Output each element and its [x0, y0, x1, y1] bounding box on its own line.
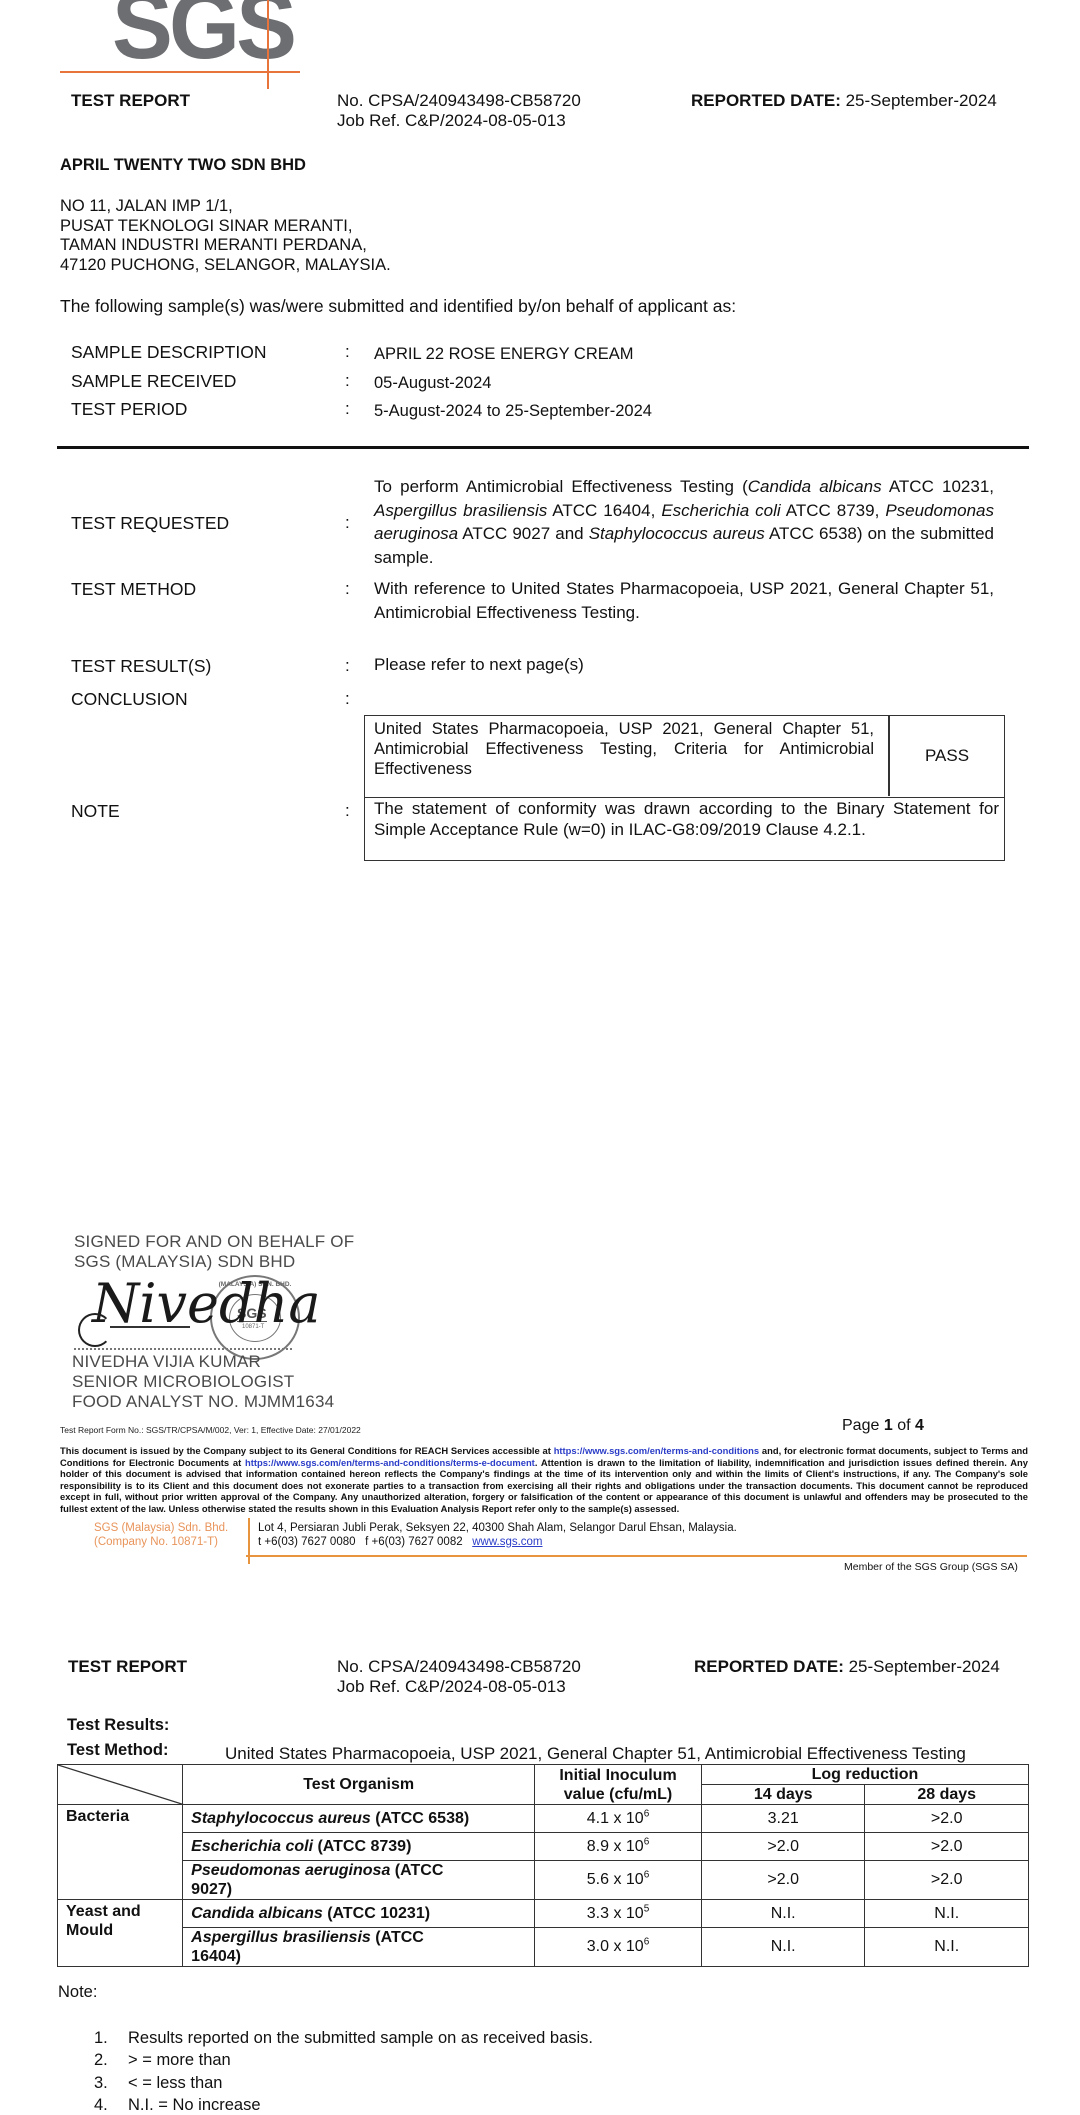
inoculum-cell: 3.3 x 105 [535, 1900, 702, 1928]
test-period-label: TEST PERIOD [71, 399, 187, 420]
sample-received-value: 05-August-2024 [374, 374, 491, 393]
log-14-cell: 3.21 [701, 1805, 865, 1833]
report-title: TEST REPORT [71, 91, 190, 111]
col-log-reduction: Log reduction [701, 1765, 1028, 1785]
signature-loop [78, 1313, 112, 1347]
log-14-cell: >2.0 [701, 1833, 865, 1861]
note-box: The statement of conformity was drawn ac… [364, 797, 1005, 861]
conclusion-criteria: United States Pharmacopoeia, USP 2021, G… [374, 719, 874, 779]
table-row: Escherichia coli (ATCC 8739) 8.9 x 106 >… [58, 1833, 1029, 1861]
species-name: Aspergillus brasiliensis [191, 1929, 371, 1946]
intro-text: The following sample(s) was/were submitt… [60, 296, 736, 317]
inoculum-exponent: 6 [644, 1870, 650, 1881]
conclusion-result: PASS [889, 746, 1005, 766]
page-of: of [897, 1417, 910, 1434]
inoculum-base: 5.6 x 10 [587, 1871, 644, 1888]
page-number: Page 1 of 4 [842, 1417, 924, 1435]
log-14-cell: >2.0 [701, 1861, 865, 1900]
atcc-code: (ATCC 8739) [313, 1838, 411, 1855]
col-initial-inoculum: Initial Inoculum value (cfu/mL) [535, 1765, 702, 1805]
organism-cell: Aspergillus brasiliensis (ATCC 16404) [183, 1928, 535, 1967]
test-method-label: Test Method: [67, 1741, 168, 1760]
species-name: Staphylococcus aureus [589, 524, 765, 543]
atcc-code: (ATCC 6538) [371, 1810, 469, 1827]
log-28-cell: >2.0 [865, 1805, 1029, 1833]
table-row: Aspergillus brasiliensis (ATCC 16404) 3.… [58, 1928, 1029, 1967]
log-14-cell: N.I. [701, 1928, 865, 1967]
signatory-block: NIVEDHA VIJIA KUMAR SENIOR MICROBIOLOGIS… [72, 1352, 334, 1412]
sample-received-label: SAMPLE RECEIVED [71, 371, 236, 392]
species-name: Aspergillus brasiliensis [374, 501, 547, 520]
atcc-code: (ATCC 10231) [323, 1905, 430, 1922]
table-row: Pseudomonas aeruginosa (ATCC 9027) 5.6 x… [58, 1861, 1029, 1900]
client-address: NO 11, JALAN IMP 1/1, PUSAT TEKNOLOGI SI… [60, 197, 391, 275]
sgs-address: Lot 4, Persiaran Jubli Perak, Seksyen 22… [258, 1521, 737, 1535]
legal-disclaimer: This document is issued by the Company s… [60, 1445, 1028, 1514]
signature-block: SIGNED FOR AND ON BEHALF OF SGS (MALAYSI… [74, 1232, 354, 1272]
category-bacteria: Bacteria [58, 1805, 183, 1900]
results-table: Test Organism Initial Inoculum value (cf… [57, 1764, 1029, 1967]
address-line: NO 11, JALAN IMP 1/1, [60, 197, 391, 217]
inoculum-exponent: 6 [644, 1836, 650, 1847]
species-name: Escherichia coli [191, 1838, 313, 1855]
col-test-organism: Test Organism [183, 1765, 535, 1805]
report-number-block: No. CPSA/240943498-CB58720 Job Ref. C&P/… [337, 91, 581, 131]
test-period-value: 5-August-2024 to 25-September-2024 [374, 402, 652, 421]
colon: : [345, 656, 350, 676]
sgs-tel: t +6(03) 7627 0080 [258, 1536, 356, 1548]
colon: : [345, 801, 350, 821]
logo-accent-vline [267, 0, 269, 89]
text: To perform Antimicrobial Effectiveness T… [374, 477, 748, 496]
inoculum-exponent: 6 [644, 1937, 650, 1948]
reported-date-label: REPORTED DATE: [691, 91, 841, 110]
address-line: TAMAN INDUSTRI MERANTI PERDANA, [60, 236, 391, 256]
signatory-name: NIVEDHA VIJIA KUMAR [72, 1352, 334, 1372]
test-requested-value: To perform Antimicrobial Effectiveness T… [374, 475, 994, 569]
text: ATCC 10231, [882, 477, 994, 496]
disclaimer-text: This document is issued by the Company s… [60, 1445, 554, 1456]
sgs-address-block: Lot 4, Persiaran Jubli Perak, Seksyen 22… [258, 1521, 737, 1549]
species-name: Candida albicans [191, 1905, 323, 1922]
organism-cell: Candida albicans (ATCC 10231) [183, 1900, 535, 1928]
table-row: Yeast and Mould Candida albicans (ATCC 1… [58, 1900, 1029, 1928]
note-number: 1. [94, 2027, 128, 2049]
section-divider [57, 446, 1029, 449]
note-text: < = less than [128, 2074, 222, 2092]
footer-divider-vertical [248, 1518, 250, 1564]
test-results-heading: Test Results: [67, 1716, 169, 1735]
note-item: 4.N.I. = No increase [94, 2094, 593, 2115]
log-28-cell: N.I. [865, 1928, 1029, 1967]
col-14-days: 14 days [701, 1785, 865, 1805]
report-title: TEST REPORT [68, 1657, 187, 1677]
form-number: Test Report Form No.: SGS/TR/CPSA/M/002,… [60, 1425, 361, 1435]
inoculum-cell: 4.1 x 106 [535, 1805, 702, 1833]
test-results-label: TEST RESULT(S) [71, 656, 211, 677]
diagonal-line [58, 1765, 185, 1805]
sgs-entity: SGS (Malaysia) Sdn. Bhd. (Company No. 10… [94, 1521, 228, 1549]
species-name: Candida albicans [748, 477, 882, 496]
text: ATCC 16404, [547, 501, 661, 520]
colon: : [345, 371, 350, 391]
note-item: 3.< = less than [94, 2072, 593, 2094]
colon: : [345, 579, 350, 599]
signature-underline [110, 1326, 190, 1328]
sgs-fax: f +6(03) 7627 0082 [365, 1536, 463, 1548]
signing-company: SGS (MALAYSIA) SDN BHD [74, 1252, 354, 1272]
signature-dotted-line [74, 1348, 292, 1350]
organism-cell: Pseudomonas aeruginosa (ATCC 9027) [183, 1861, 535, 1900]
log-28-cell: >2.0 [865, 1833, 1029, 1861]
colon: : [345, 689, 350, 709]
member-statement: Member of the SGS Group (SGS SA) [844, 1561, 1018, 1573]
note-item: 2.> = more than [94, 2049, 593, 2071]
log-28-cell: N.I. [865, 1900, 1029, 1928]
notes-list: 1.Results reported on the submitted samp… [94, 2027, 593, 2115]
note-number: 2. [94, 2049, 128, 2071]
text: ATCC 9027 and [458, 524, 589, 543]
col-28-days: 28 days [865, 1785, 1029, 1805]
page-total: 4 [915, 1417, 924, 1434]
organism-cell: Staphylococcus aureus (ATCC 6538) [183, 1805, 535, 1833]
test-method-value: With reference to United States Pharmaco… [374, 577, 994, 624]
signatory-title: SENIOR MICROBIOLOGIST [72, 1372, 334, 1392]
note-item: 1.Results reported on the submitted samp… [94, 2027, 593, 2049]
inoculum-cell: 3.0 x 106 [535, 1928, 702, 1967]
note-number: 4. [94, 2094, 128, 2115]
reported-date-value: 25-September-2024 [846, 91, 997, 110]
test-requested-label: TEST REQUESTED [71, 513, 229, 534]
entity-name: SGS (Malaysia) Sdn. Bhd. [94, 1521, 228, 1535]
organism-cell: Escherichia coli (ATCC 8739) [183, 1833, 535, 1861]
address-line: 47120 PUCHONG, SELANGOR, MALAYSIA. [60, 256, 391, 276]
inoculum-base: 4.1 x 10 [587, 1810, 644, 1827]
inoculum-exponent: 6 [644, 1808, 650, 1819]
reported-date: REPORTED DATE: 25-September-2024 [691, 91, 997, 111]
table-row: Bacteria Staphylococcus aureus (ATCC 653… [58, 1805, 1029, 1833]
note-text: > = more than [128, 2051, 231, 2069]
sgs-logo: SGS [60, 0, 310, 90]
notes-heading: Note: [58, 1983, 97, 2002]
note-text: N.I. = No increase [128, 2096, 261, 2114]
colon: : [345, 399, 350, 419]
sample-description-label: SAMPLE DESCRIPTION [71, 342, 266, 363]
client-name: APRIL TWENTY TWO SDN BHD [60, 156, 306, 175]
test-method-value: United States Pharmacopoeia, USP 2021, G… [225, 1744, 966, 1764]
report-number-block: No. CPSA/240943498-CB58720 Job Ref. C&P/… [337, 1657, 581, 1697]
page-current: 1 [884, 1417, 893, 1434]
species-name: Staphylococcus aureus [191, 1810, 371, 1827]
terms-e-document-link[interactable]: https://www.sgs.com/en/terms-and-conditi… [245, 1457, 535, 1468]
footer-divider-horizontal [246, 1555, 1027, 1557]
signed-for-text: SIGNED FOR AND ON BEHALF OF [74, 1232, 354, 1252]
text: ATCC 8739, [781, 501, 886, 520]
sample-description-value: APRIL 22 ROSE ENERGY CREAM [374, 345, 634, 364]
test-results-value: Please refer to next page(s) [374, 655, 584, 675]
log-14-cell: N.I. [701, 1900, 865, 1928]
inoculum-cell: 5.6 x 106 [535, 1861, 702, 1900]
note-number: 3. [94, 2072, 128, 2094]
note-text: Results reported on the submitted sample… [128, 2029, 593, 2047]
reported-date-label: REPORTED DATE: [694, 1657, 844, 1676]
log-28-cell: >2.0 [865, 1861, 1029, 1900]
inoculum-base: 3.3 x 10 [587, 1905, 644, 1922]
note-label: NOTE [71, 801, 120, 822]
address-line: PUSAT TEKNOLOGI SINAR MERANTI, [60, 217, 391, 237]
terms-link[interactable]: https://www.sgs.com/en/terms-and-conditi… [554, 1445, 759, 1456]
report-number: No. CPSA/240943498-CB58720 [337, 1657, 581, 1677]
conclusion-box: United States Pharmacopoeia, USP 2021, G… [364, 715, 1005, 798]
species-name: Pseudomonas aeruginosa [191, 1862, 390, 1879]
conclusion-label: CONCLUSION [71, 689, 188, 710]
colon: : [345, 342, 350, 362]
sgs-website-link[interactable]: www.sgs.com [472, 1536, 542, 1548]
diagonal-header-cell [58, 1765, 183, 1805]
logo-accent-line [60, 71, 300, 73]
note-value: The statement of conformity was drawn ac… [374, 799, 999, 840]
sgs-contact: t +6(03) 7627 0080 f +6(03) 7627 0082 ww… [258, 1535, 737, 1549]
species-name: Escherichia coli [661, 501, 780, 520]
reported-date-value: 25-September-2024 [849, 1657, 1000, 1676]
job-reference: Job Ref. C&P/2024-08-05-013 [337, 1677, 581, 1697]
entity-company-no: (Company No. 10871-T) [94, 1535, 228, 1549]
inoculum-base: 3.0 x 10 [587, 1938, 644, 1955]
inoculum-exponent: 5 [644, 1903, 650, 1914]
reported-date: REPORTED DATE: 25-September-2024 [694, 1657, 1000, 1677]
test-method-label: TEST METHOD [71, 579, 196, 600]
inoculum-cell: 8.9 x 106 [535, 1833, 702, 1861]
analyst-number: FOOD ANALYST NO. MJMM1634 [72, 1392, 334, 1412]
page-prefix: Page [842, 1417, 879, 1434]
inoculum-base: 8.9 x 10 [587, 1838, 644, 1855]
report-number: No. CPSA/240943498-CB58720 [337, 91, 581, 111]
colon: : [345, 513, 350, 533]
job-reference: Job Ref. C&P/2024-08-05-013 [337, 111, 581, 131]
category-yeast-mould: Yeast and Mould [58, 1900, 183, 1967]
